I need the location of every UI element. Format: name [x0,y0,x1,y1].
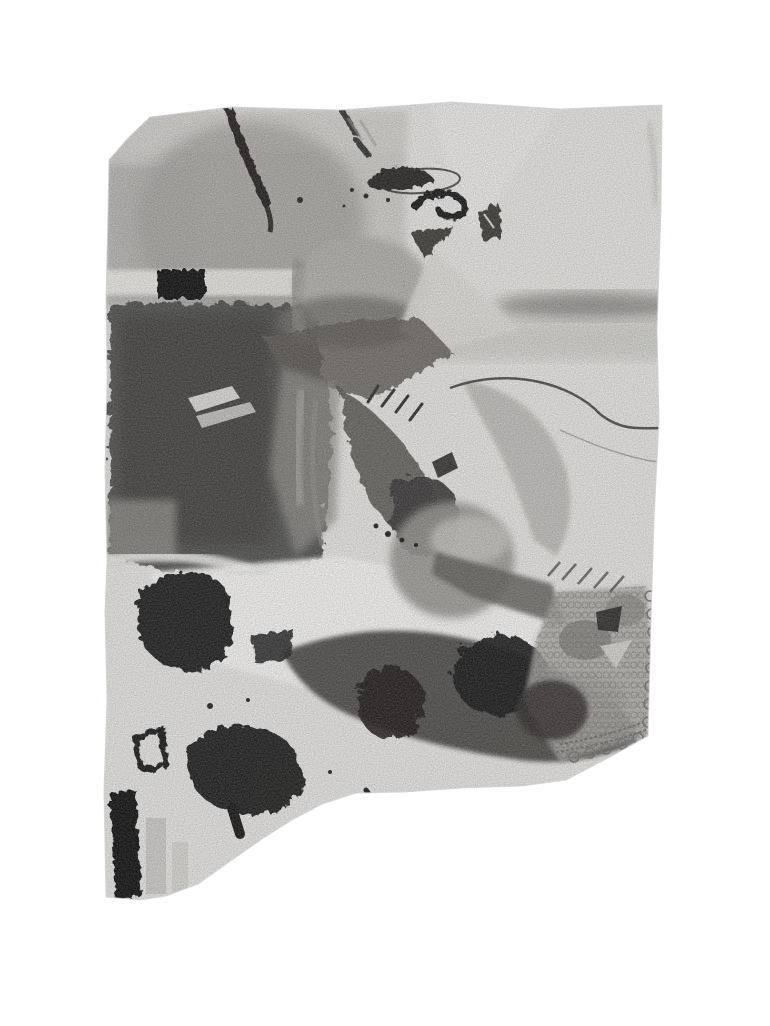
artwork-canvas: Abstract monochrome collage Black and wh… [0,0,770,1026]
page: Abstract monochrome collage Black and wh… [0,0,770,1026]
